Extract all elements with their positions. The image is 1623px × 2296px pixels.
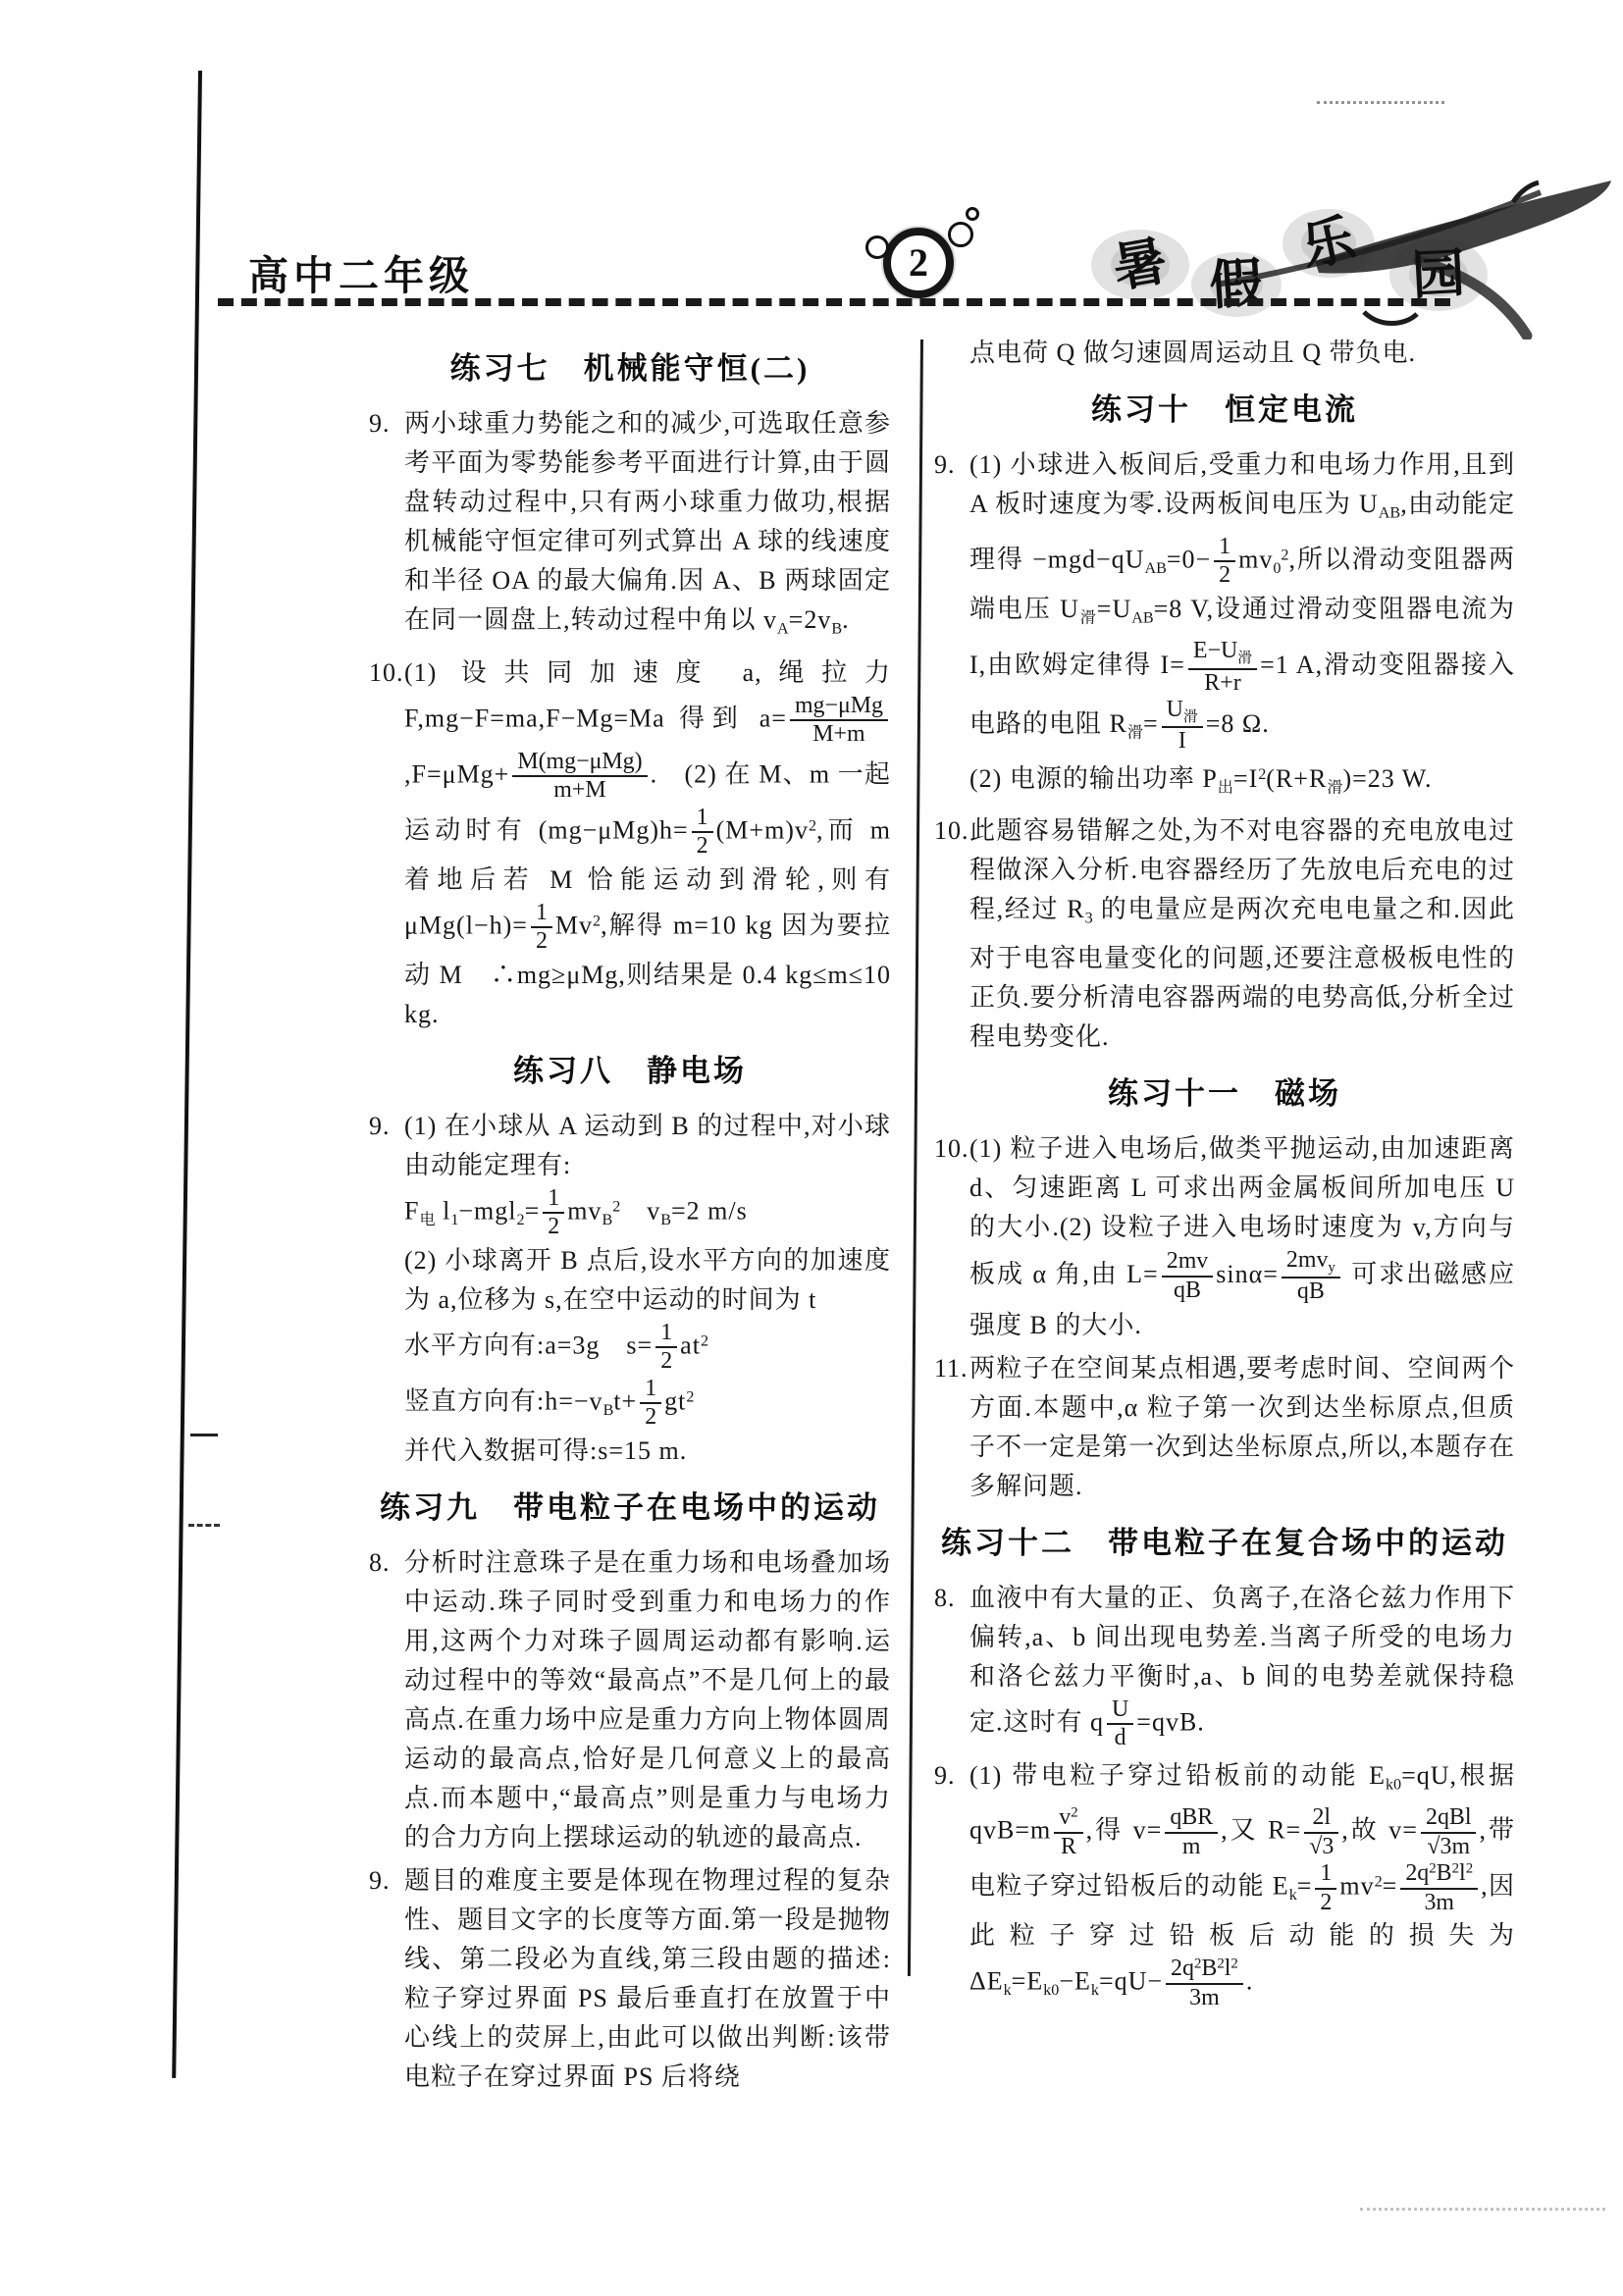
fraction: 12 bbox=[1214, 534, 1235, 590]
scanned-answer-page: { "colors": { "ink": "#1b1b1b", "paper":… bbox=[0, 0, 1623, 2296]
fraction: 2l√3 bbox=[1304, 1804, 1338, 1860]
fraction: U滑I bbox=[1162, 697, 1203, 756]
answer-item: 8.血液中有大量的正、负离子,在洛仑兹力作用下偏转,a、b 间出现电势差.当离子… bbox=[934, 1579, 1515, 1752]
fraction: 12 bbox=[655, 1320, 677, 1376]
item-number: 9. bbox=[369, 1861, 391, 1901]
grade-label: 高中二年级 bbox=[248, 243, 474, 301]
answer-item: 8.分析时注意珠子是在重力场和电场叠加场中运动.珠子同时受到重力和电场力的作用,… bbox=[369, 1543, 891, 1857]
fraction: mg−μMgM+m bbox=[790, 693, 888, 749]
answer-item: 9.(1) 带电粒子穿过铅板前的动能 Ek0=qU,根据 qvB=mv2R,得 … bbox=[934, 1756, 1515, 2012]
page-left-border-line bbox=[172, 71, 202, 2078]
page-number-badge: 2 bbox=[883, 228, 954, 298]
section-title: 练习七 机械能守恒(二) bbox=[369, 349, 891, 389]
scan-dotted-artifact-top bbox=[1317, 101, 1444, 104]
logo-curl-stroke bbox=[1364, 312, 1417, 324]
section-title: 练习八 静电场 bbox=[369, 1052, 891, 1091]
item-number: 9. bbox=[369, 404, 391, 444]
item-line: 并代入数据可得:s=15 m. bbox=[404, 1432, 891, 1471]
item-line: F电 l1−mgl2=12mvB2 vB=2 m/s bbox=[404, 1185, 891, 1241]
fraction: v2R bbox=[1054, 1804, 1082, 1860]
badge-bubble-icon bbox=[948, 222, 973, 247]
item-number: 8. bbox=[934, 1579, 956, 1618]
answer-item: 11.两粒子在空间某点相遇,要考虑时间、空间两个方面.本题中,α 粒子第一次到达… bbox=[934, 1349, 1515, 1506]
fraction: Ud bbox=[1107, 1696, 1133, 1752]
logo-char-jia: 假 bbox=[1208, 253, 1265, 316]
item-line: 水平方向有:a=3g s=12at2 bbox=[404, 1320, 891, 1376]
fraction: 2qBl√3m bbox=[1421, 1804, 1477, 1860]
answer-item: 9.(1) 小球进入板间后,受重力和电场力作用,且到 A 板时速度为零.设两板间… bbox=[934, 445, 1515, 808]
item-line: 点电荷 Q 做匀速圆周运动且 Q 带负电. bbox=[969, 334, 1515, 373]
item-line: 竖直方向有:h=−vBt+12gt2 bbox=[404, 1376, 891, 1432]
fraction: 12 bbox=[531, 900, 552, 956]
page-number: 2 bbox=[909, 243, 928, 283]
section-title: 练习十二 带电粒子在复合场中的运动 bbox=[934, 1524, 1515, 1563]
logo-char-yuan: 园 bbox=[1410, 244, 1466, 306]
item-line: (2) 电源的输出功率 P出=I2(R+R滑)=23 W. bbox=[969, 756, 1515, 809]
item-number: 11. bbox=[934, 1349, 969, 1388]
badge-bubble-icon bbox=[865, 235, 889, 259]
fraction: M(mg−μMg)m+M bbox=[512, 749, 647, 805]
item-number: 10. bbox=[934, 1129, 969, 1169]
section-title: 练习十一 磁场 bbox=[934, 1074, 1515, 1114]
item-line: (1) 粒子进入电场后,做类平抛运动,由加速距离 d、匀速距离 L 可求出两金属… bbox=[969, 1129, 1515, 1345]
answer-item: 10.此题容易错解之处,为不对电容器的充电放电过程做深入分析.电容器经历了先放电… bbox=[934, 811, 1515, 1057]
answer-item: 9.两小球重力势能之和的减少,可选取任意参考平面为零势能参考平面进行计算,由于圆… bbox=[369, 404, 891, 650]
item-line: 分析时注意珠子是在重力场和电场叠加场中运动.珠子同时受到重力和电场力的作用,这两… bbox=[404, 1543, 891, 1857]
item-line: 两小球重力势能之和的减少,可选取任意参考平面为零势能参考平面进行计算,由于圆盘转… bbox=[404, 404, 891, 650]
answer-item: 10.(1) 设共同加速度 a,绳拉力 F,mg−F=ma,F−Mg=Ma 得到… bbox=[369, 653, 891, 1034]
answer-item: 点电荷 Q 做匀速圆周运动且 Q 带负电. bbox=[934, 334, 1515, 373]
item-line: (1) 带电粒子穿过铅板前的动能 Ek0=qU,根据 qvB=mv2R,得 v=… bbox=[969, 1756, 1515, 2012]
fraction: 12 bbox=[692, 805, 713, 861]
item-number: 9. bbox=[934, 1756, 956, 1796]
item-line: (1) 设共同加速度 a,绳拉力 F,mg−F=ma,F−Mg=Ma 得到 a=… bbox=[404, 653, 891, 1034]
fraction: E−U滑R+r bbox=[1188, 638, 1257, 697]
fraction: 2mvyqB bbox=[1282, 1247, 1340, 1306]
fraction: 12 bbox=[543, 1185, 564, 1241]
item-number: 9. bbox=[934, 445, 956, 485]
left-column: 练习七 机械能守恒(二)9.两小球重力势能之和的减少,可选取任意参考平面为零势能… bbox=[369, 349, 891, 2101]
margin-tick-mark-dashed bbox=[188, 1524, 220, 1527]
item-line: 血液中有大量的正、负离子,在洛仑兹力作用下偏转,a、b 间出现电势差.当离子所受… bbox=[969, 1579, 1515, 1752]
answer-item: 9.(1) 在小球从 A 运动到 B 的过程中,对小球由动能定理有:F电 l1−… bbox=[369, 1107, 891, 1471]
summer-paradise-logo: 暑 假 乐 园 bbox=[1070, 165, 1623, 339]
fraction: 12 bbox=[640, 1376, 661, 1432]
item-line: 此题容易错解之处,为不对电容器的充电放电过程做深入分析.电容器经历了先放电后充电… bbox=[969, 811, 1515, 1057]
item-number: 9. bbox=[369, 1107, 391, 1146]
badge-bubble-icon bbox=[966, 207, 979, 221]
fraction: 12 bbox=[1315, 1860, 1336, 1916]
item-line: (1) 小球进入板间后,受重力和电场力作用,且到 A 板时速度为零.设两板间电压… bbox=[969, 445, 1515, 756]
section-title: 练习九 带电粒子在电场中的运动 bbox=[369, 1488, 891, 1528]
item-line: (1) 在小球从 A 运动到 B 的过程中,对小球由动能定理有: bbox=[404, 1107, 891, 1185]
fraction: 2q2B2l23m bbox=[1400, 1860, 1478, 1916]
section-title: 练习十 恒定电流 bbox=[934, 391, 1515, 430]
item-line: 两粒子在空间某点相遇,要考虑时间、空间两个方面.本题中,α 粒子第一次到达坐标原… bbox=[969, 1349, 1515, 1506]
fraction: qBRm bbox=[1165, 1804, 1218, 1860]
header-dashed-rule bbox=[218, 298, 1450, 306]
scan-dotted-artifact-bottom bbox=[1360, 2208, 1605, 2211]
item-number: 10. bbox=[369, 653, 404, 693]
fraction: 2mvqB bbox=[1162, 1248, 1214, 1304]
item-line: (2) 小球离开 B 点后,设水平方向的加速度为 a,位移为 s,在空中运动的时… bbox=[404, 1241, 891, 1320]
item-number: 10. bbox=[934, 811, 969, 851]
item-number: 8. bbox=[369, 1543, 391, 1583]
right-column: 点电荷 Q 做匀速圆周运动且 Q 带负电.练习十 恒定电流9.(1) 小球进入板… bbox=[934, 334, 1515, 2015]
column-divider-line bbox=[908, 339, 923, 1976]
answer-item: 9.题目的难度主要是体现在物理过程的复杂性、题目文字的长度等方面.第一段是抛物线… bbox=[369, 1861, 891, 2097]
logo-art: 暑 假 乐 园 bbox=[1070, 165, 1623, 339]
margin-tick-mark bbox=[190, 1434, 218, 1436]
item-line: 题目的难度主要是体现在物理过程的复杂性、题目文字的长度等方面.第一段是抛物线、第… bbox=[404, 1861, 891, 2097]
fraction: 2q2B2l23m bbox=[1166, 1956, 1243, 2011]
answer-item: 10.(1) 粒子进入电场后,做类平抛运动,由加速距离 d、匀速距离 L 可求出… bbox=[934, 1129, 1515, 1345]
logo-char-shu: 暑 bbox=[1109, 232, 1172, 298]
